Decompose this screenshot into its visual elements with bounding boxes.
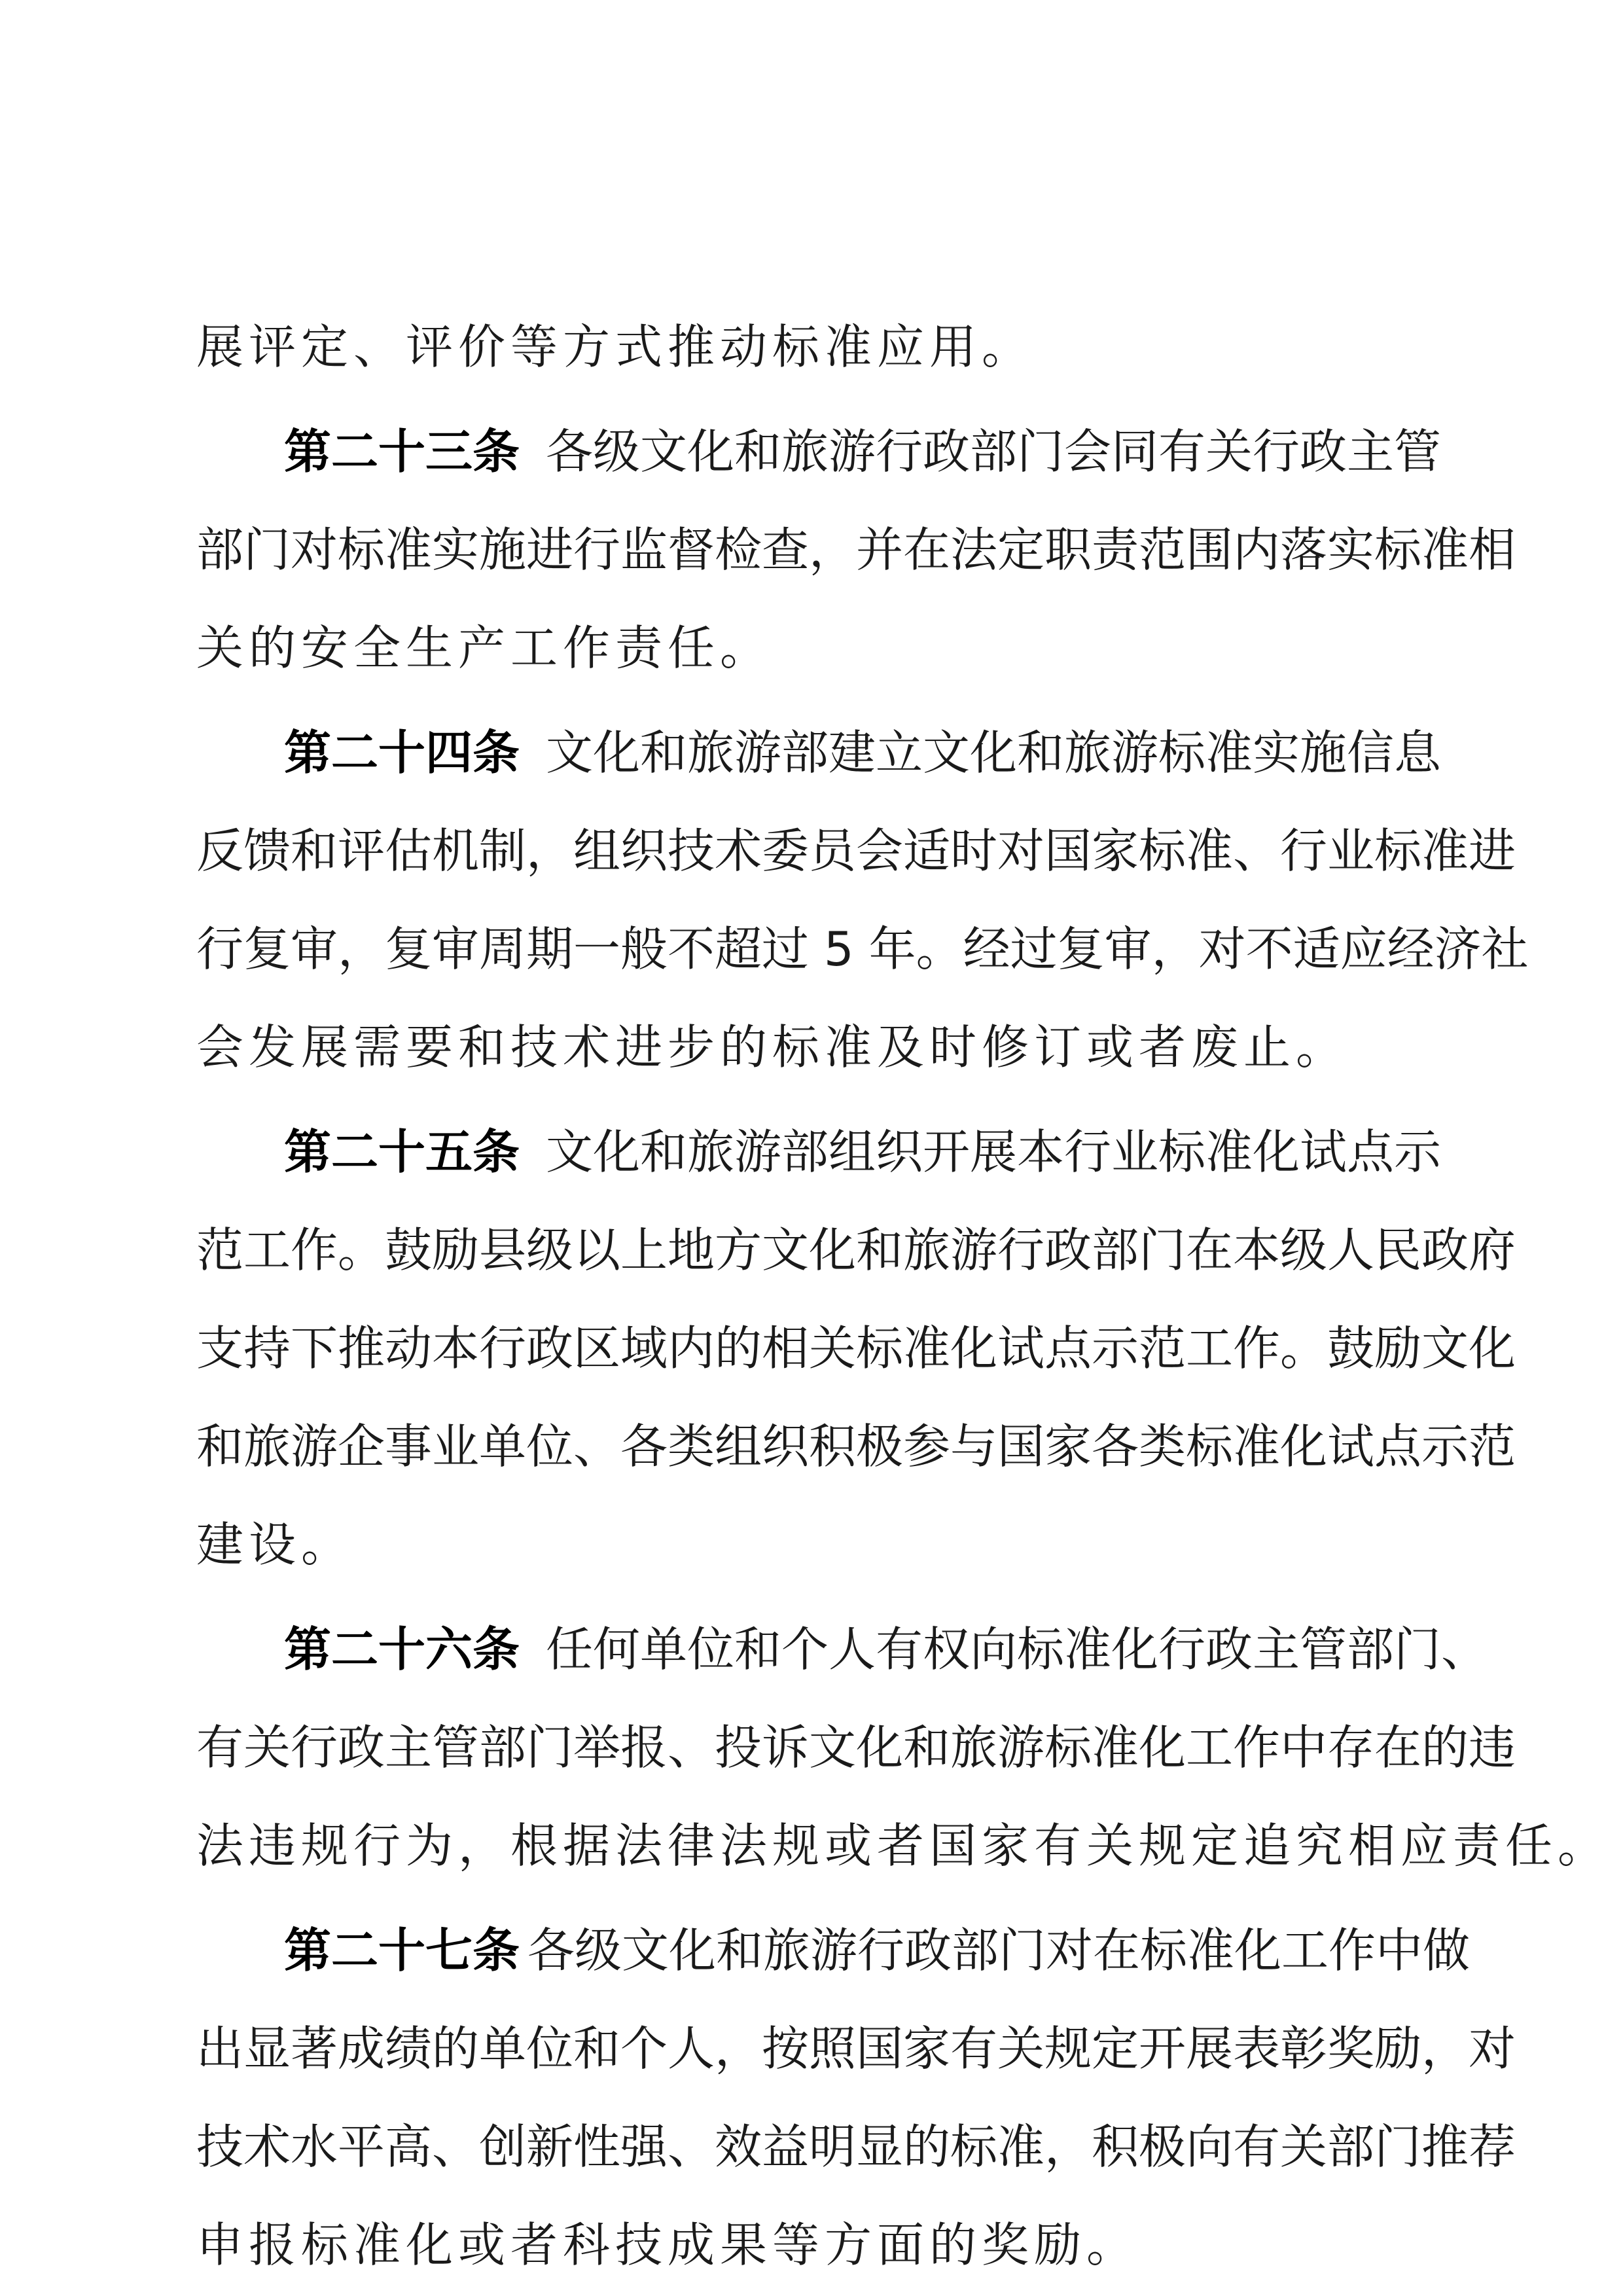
article-number: 第二十三条 [284,424,520,479]
article-text: 文化和旅游部组织开展本行业标准化试点示 [546,1124,1441,1179]
article-text: 文化和旅游部建立文化和旅游标准实施信息 [546,725,1441,780]
article-23-first-line: 第二十三条各级文化和旅游行政部门会同有关行政主管 [284,419,1414,484]
paragraph-line: 展评定、评价等方式推动标准应用。 [196,314,1414,380]
paragraph-line: 反馈和评估机制，组织技术委员会适时对国家标准、行业标准进 [196,818,1414,884]
paragraph-line: 申报标准化或者科技成果等方面的奖励。 [196,2212,1414,2278]
paragraph-line: 有关行政主管部门举报、投诉文化和旅游标准化工作中存在的违 [196,1715,1414,1780]
paragraph-line: 行复审，复审周期一般不超过 5 年。经过复审，对不适应经济社 [196,916,1414,982]
article-25-first-line: 第二十五条文化和旅游部组织开展本行业标准化试点示 [284,1119,1414,1185]
paragraph-line: 关的安全生产工作责任。 [196,615,1414,681]
paragraph-line: 部门对标准实施进行监督检查，并在法定职责范围内落实标准相 [196,517,1414,583]
document-page: 展评定、评价等方式推动标准应用。 第二十三条各级文化和旅游行政部门会同有关行政主… [0,0,1623,2296]
article-26-first-line: 第二十六条任何单位和个人有权向标准化行政主管部门、 [284,1617,1414,1682]
paragraph-line: 范工作。鼓励县级以上地方文化和旅游行政部门在本级人民政府 [196,1217,1414,1283]
paragraph-line: 法违规行为，根据法律法规或者国家有关规定追究相应责任。 [196,1813,1414,1878]
article-number: 第二十五条 [284,1124,520,1179]
article-text: 各级文化和旅游行政部门会同有关行政主管 [546,424,1441,479]
article-number: 第二十七条 [284,1923,520,1978]
article-text: 各级文化和旅游行政部门对在标准化工作中做 [527,1923,1470,1978]
paragraph-line: 技术水平高、创新性强、效益明显的标准，积极向有关部门推荐 [196,2114,1414,2179]
article-text: 任何单位和个人有权向标准化行政主管部门、 [546,1622,1488,1677]
paragraph-line: 建设。 [196,1512,1414,1577]
paragraph-line: 会发展需要和技术进步的标准及时修订或者废止。 [196,1014,1414,1080]
paragraph-line: 和旅游企事业单位、各类组织积极参与国家各类标准化试点示范 [196,1414,1414,1479]
article-number: 第二十四条 [284,725,520,780]
paragraph-line: 出显著成绩的单位和个人，按照国家有关规定开展表彰奖励，对 [196,2016,1414,2081]
article-24-first-line: 第二十四条文化和旅游部建立文化和旅游标准实施信息 [284,720,1414,785]
article-number: 第二十六条 [284,1622,520,1677]
paragraph-line: 支持下推动本行政区域内的相关标准化试点示范工作。鼓励文化 [196,1316,1414,1381]
article-27-first-line: 第二十七条各级文化和旅游行政部门对在标准化工作中做 [284,1918,1414,1983]
